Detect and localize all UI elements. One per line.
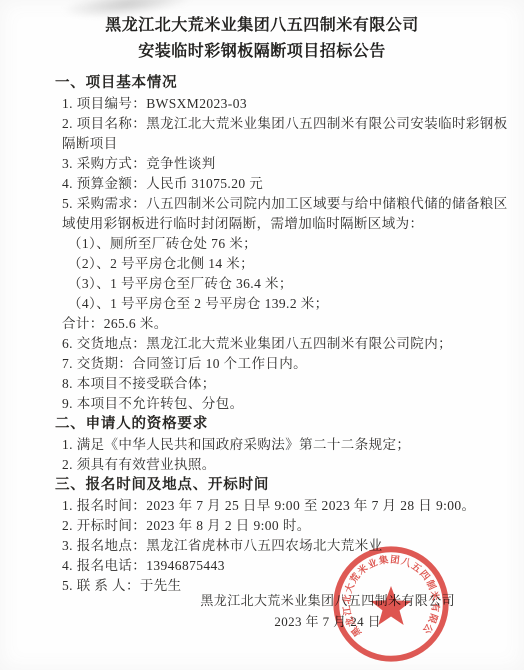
section2-heading: 二、申请人的资格要求 [0,414,524,435]
demand-subitem-3: （3）、1 号平房仓至厂砖仓 36.4 米； [0,274,524,294]
bid-announcement-document: 黑龙江北大荒米业集团八五四制米有限公司 安装临时彩钢板隔断项目招标公告 一、项目… [0,0,524,670]
company-seal: 黑龙江北大荒米业集团八五四制米有限公司 [330,543,452,665]
procurement-demand-line-cont: 域使用彩钢板进行临时封闭隔断，需增加临时隔断区域为： [0,214,524,234]
project-name-line-cont: 隔断项目 [0,134,524,154]
project-name-line: 2. 项目名称：黑龙江北大荒米业集团八五四制米有限公司安装临时彩钢板 [0,114,524,134]
qualification-item-1: 1. 满足《中华人民共和国政府采购法》第二十二条规定； [0,435,524,455]
demand-total-line: 合计：265.6 米。 [0,314,524,334]
delivery-period-line: 7. 交货期：合同签订后 10 个工作日内。 [0,354,524,374]
procurement-method-line: 3. 采购方式：竞争性谈判 [0,154,524,174]
star-icon [371,586,412,625]
registration-time-line: 1. 报名时间：2023 年 7 月 25 日早 9:00 至 2023 年 7… [0,496,524,516]
bid-opening-time-line: 2. 开标时间：2023 年 8 月 2 日 9:00 时。 [0,516,524,536]
document-title-line2: 安装临时彩钢板隔断项目招标公告 [0,39,524,65]
procurement-demand-line: 5. 采购需求：八五四制米公司院内加工区域要与给中储粮代储的储备粮区 [0,194,524,214]
no-consortium-line: 8. 本项目不接受联合体； [0,374,524,394]
section1-heading: 一、项目基本情况 [0,73,524,94]
demand-subitem-2: （2）、2 号平房仓北侧 14 米； [0,254,524,274]
no-subcontract-line: 9. 本项目不允许转包、分包。 [0,394,524,414]
section3-heading: 三、报名时间及地点、开标时间 [0,475,524,496]
qualification-item-2: 2. 须具有有效营业执照。 [0,455,524,475]
budget-amount-line: 4. 预算金额：人民币 31075.20 元 [0,174,524,194]
demand-subitem-4: （4）、1 号平房仓至 2 号平房仓 139.2 米； [0,294,524,314]
project-number-line: 1. 项目编号：BWSXM2023-03 [0,94,524,114]
delivery-place-line: 6. 交货地点：黑龙江北大荒米业集团八五四制米有限公司院内； [0,334,524,354]
demand-subitem-1: （1）、厕所至厂砖仓处 76 米； [0,234,524,254]
